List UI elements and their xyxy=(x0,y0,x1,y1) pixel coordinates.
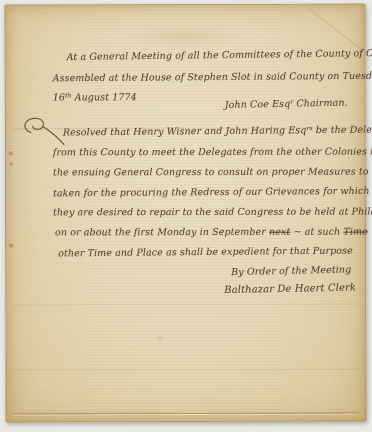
date-day: 16 xyxy=(53,92,65,103)
body-line-6-mid: ~ at such xyxy=(290,227,343,238)
body-line-3: the ensuing General Congress to consult … xyxy=(53,166,372,178)
date-rest: August 1774 xyxy=(71,92,136,103)
foxing-spot xyxy=(8,242,14,248)
chairman-title: Chairman. xyxy=(293,98,348,110)
chairman-line: John Coe Esqr Chairman. xyxy=(225,98,348,111)
body-line-6-text: on or about the first Monday in Septembe… xyxy=(55,227,269,239)
by-order-line: By Order of the Meeting xyxy=(231,264,351,278)
body-line-1-text: Resolved that Henry Wisner and John Hari… xyxy=(63,125,307,138)
body-line-2: from this County to meet the Delegates f… xyxy=(53,146,372,158)
fold-crease xyxy=(11,369,359,371)
body-line-1: Resolved that Henry Wisner and John Hari… xyxy=(63,124,372,138)
foxing-spot xyxy=(8,150,14,156)
corner-crease xyxy=(309,8,365,52)
body-line-4: taken for the procuring the Redress of o… xyxy=(53,185,372,199)
foxing-spot xyxy=(155,334,165,342)
foxing-spot xyxy=(9,161,14,166)
body-line-6: on or about the first Monday in Septembe… xyxy=(55,227,368,239)
fold-crease xyxy=(13,413,359,415)
date-line: 16th August 1774 xyxy=(53,92,137,103)
struck-word: Time xyxy=(343,227,367,238)
struck-word: next xyxy=(269,227,290,238)
heading-line-1: At a General Meeting of all the Committe… xyxy=(67,48,372,63)
scanned-manuscript-page: At a General Meeting of all the Committe… xyxy=(0,0,372,432)
stain-blotch xyxy=(125,24,245,50)
heading-line-2: Assembled at the House of Stephen Slot i… xyxy=(53,71,372,85)
body-line-1-rest: be the Delegates xyxy=(312,124,372,136)
clerk-signature: Balthazar De Haert Clerk xyxy=(224,282,356,296)
paragraph-flourish-icon xyxy=(21,114,67,146)
body-line-5: they are desired to repair to the said C… xyxy=(53,206,372,218)
chairman-name: John Coe Esq xyxy=(225,99,291,111)
aged-paper-sheet: At a General Meeting of all the Committe… xyxy=(4,4,366,423)
body-line-7: other Time and Place as shall be expedie… xyxy=(58,246,353,260)
fold-crease xyxy=(11,304,359,306)
